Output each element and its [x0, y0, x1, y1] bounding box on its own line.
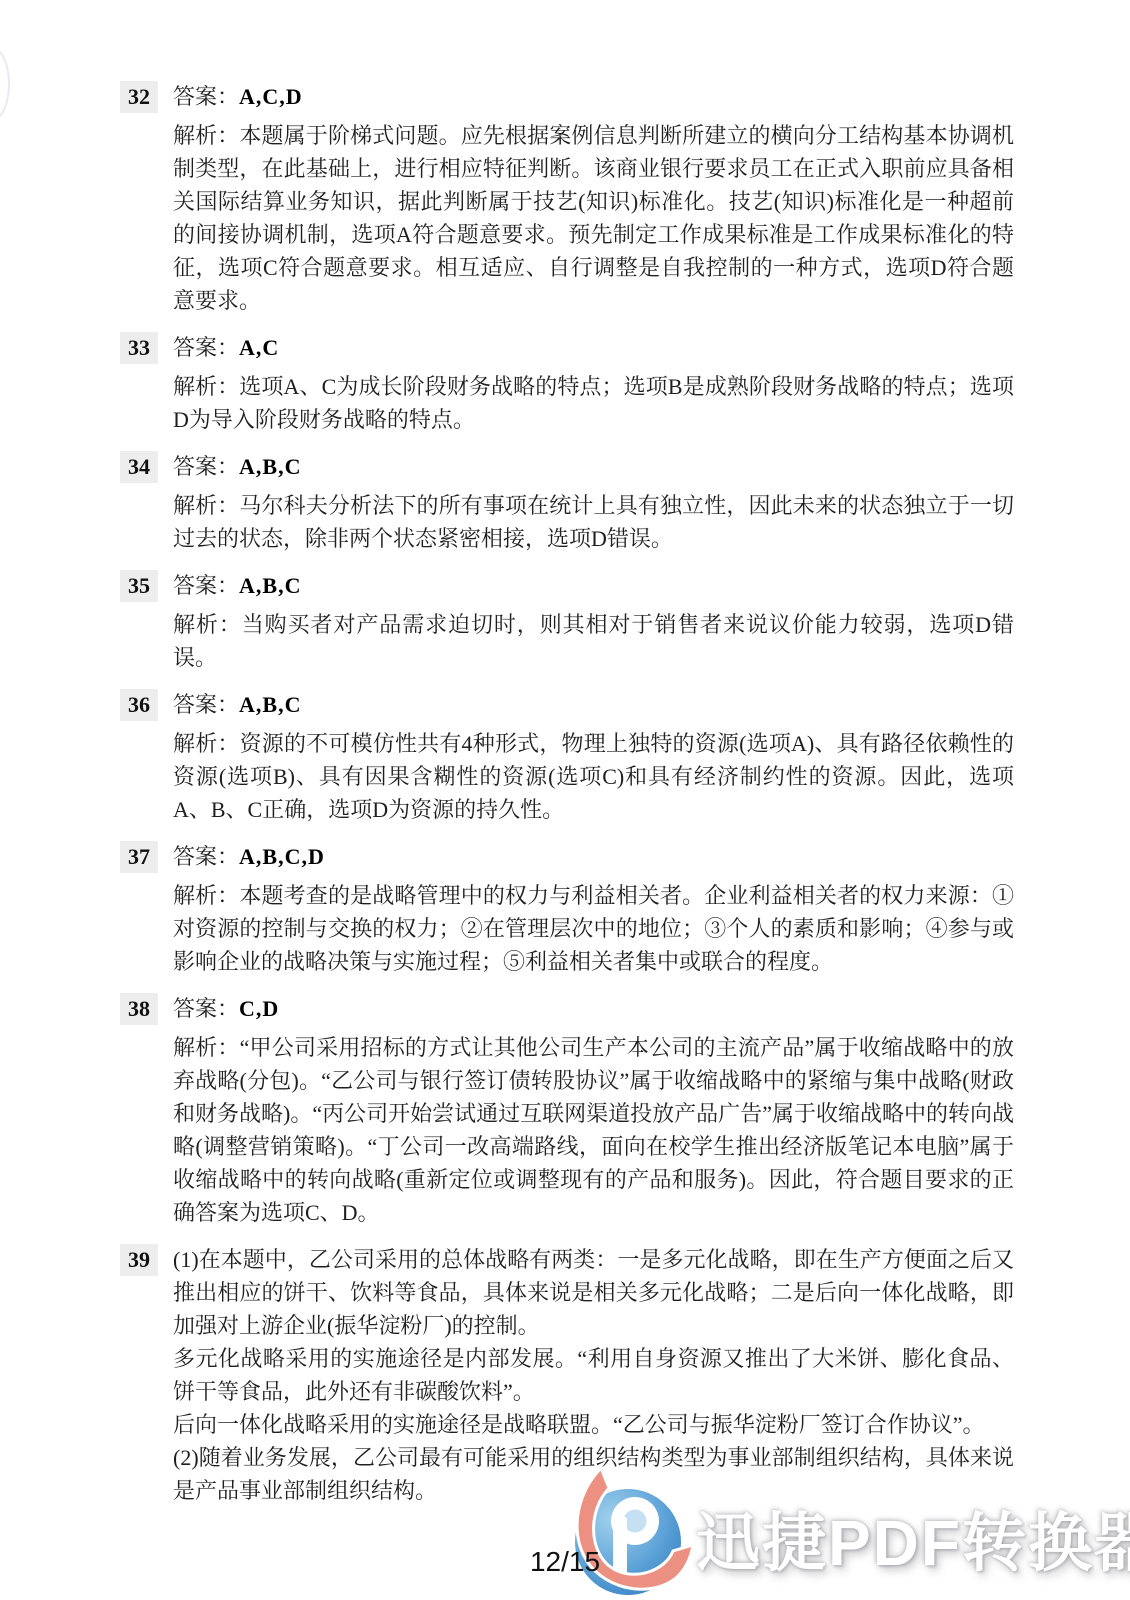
analysis-label: 解析： [173, 493, 239, 518]
analysis-label: 解析： [173, 374, 239, 399]
answer-value: C,D [239, 996, 279, 1021]
document-page: 32 答案：A,C,D 解析：本题属于阶梯式问题。应先根据案例信息判断所建立的横… [0, 0, 1130, 1600]
question-number: 32 [120, 81, 158, 113]
answer-paragraph: (1)在本题中，乙公司采用的总体战略有两类：一是多元化战略，即在生产方便面之后又… [173, 1243, 1014, 1342]
analysis-label: 解析： [173, 883, 239, 908]
analysis-label: 解析： [173, 612, 242, 637]
answer-value: A,B,C [239, 573, 301, 598]
question-number: 33 [120, 332, 158, 364]
question-body: 答案：C,D 解析：“甲公司采用招标的方式让其他公司生产本公司的主流产品”属于收… [173, 992, 1014, 1229]
question-block: 35 答案：A,B,C 解析：当购买者对产品需求迫切时，则其相对于销售者来说议价… [120, 569, 1014, 674]
answer-label: 答案： [173, 573, 239, 598]
analysis-text: 当购买者对产品需求迫切时，则其相对于销售者来说议价能力较弱，选项D错误。 [173, 612, 1014, 670]
answer-label: 答案： [173, 84, 239, 109]
answer-paragraph: 多元化战略采用的实施途径是内部发展。“利用自身资源又推出了大米饼、膨化食品、饼干… [173, 1342, 1014, 1408]
analysis-paragraph: 解析：资源的不可模仿性共有4种形式，物理上独特的资源(选项A)、具有路径依赖性的… [173, 727, 1014, 826]
analysis-paragraph: 解析：马尔科夫分析法下的所有事项在统计上具有独立性，因此未来的状态独立于一切过去… [173, 489, 1014, 555]
analysis-paragraph: 解析：“甲公司采用招标的方式让其他公司生产本公司的主流产品”属于收缩战略中的放弃… [173, 1031, 1014, 1229]
question-block: 38 答案：C,D 解析：“甲公司采用招标的方式让其他公司生产本公司的主流产品”… [120, 992, 1014, 1229]
answer-line: 答案：A,B,C [173, 450, 1014, 483]
answer-label: 答案： [173, 996, 239, 1021]
analysis-label: 解析： [173, 731, 240, 756]
question-block: 32 答案：A,C,D 解析：本题属于阶梯式问题。应先根据案例信息判断所建立的横… [120, 80, 1014, 317]
answer-paragraph: 后向一体化战略采用的实施途径是战略联盟。“乙公司与振华淀粉厂签订合作协议”。 [173, 1408, 1014, 1441]
question-number: 37 [120, 841, 158, 873]
answer-value: A,B,C [239, 692, 301, 717]
analysis-label: 解析： [173, 123, 239, 148]
analysis-text: 选项A、C为成长阶段财务战略的特点；选项B是成熟阶段财务战略的特点；选项D为导入… [173, 374, 1014, 432]
answer-line: 答案：A,B,C,D [173, 840, 1014, 873]
answer-line: 答案：A,C [173, 331, 1014, 364]
answers-content: 32 答案：A,C,D 解析：本题属于阶梯式问题。应先根据案例信息判断所建立的横… [0, 0, 1130, 1507]
question-number: 39 [120, 1244, 158, 1276]
question-number: 38 [120, 993, 158, 1025]
question-body: 答案：A,B,C 解析：资源的不可模仿性共有4种形式，物理上独特的资源(选项A)… [173, 688, 1014, 826]
answer-line: 答案：A,B,C [173, 569, 1014, 602]
question-body: 答案：A,B,C,D 解析：本题考查的是战略管理中的权力与利益相关者。企业利益相… [173, 840, 1014, 978]
answer-line: 答案：A,C,D [173, 80, 1014, 113]
question-number: 34 [120, 451, 158, 483]
answer-line: 答案：C,D [173, 992, 1014, 1025]
answer-label: 答案： [173, 335, 239, 360]
answer-value: A,C,D [239, 84, 303, 109]
answer-label: 答案： [173, 692, 239, 717]
answer-label: 答案： [173, 454, 239, 479]
question-body: 答案：A,C,D 解析：本题属于阶梯式问题。应先根据案例信息判断所建立的横向分工… [173, 80, 1014, 317]
analysis-paragraph: 解析：选项A、C为成长阶段财务战略的特点；选项B是成熟阶段财务战略的特点；选项D… [173, 370, 1014, 436]
answer-value: A,B,C [239, 454, 301, 479]
analysis-label: 解析： [173, 1035, 240, 1060]
answer-value: A,B,C,D [239, 844, 325, 869]
analysis-text: 资源的不可模仿性共有4种形式，物理上独特的资源(选项A)、具有路径依赖性的资源(… [173, 731, 1014, 822]
question-number: 35 [120, 570, 158, 602]
answer-line: 答案：A,B,C [173, 688, 1014, 721]
analysis-text: 马尔科夫分析法下的所有事项在统计上具有独立性，因此未来的状态独立于一切过去的状态… [173, 493, 1014, 551]
answer-label: 答案： [173, 844, 239, 869]
answer-value: A,C [239, 335, 279, 360]
page-number: 12/15 [0, 1546, 1130, 1578]
question-body: 答案：A,B,C 解析：马尔科夫分析法下的所有事项在统计上具有独立性，因此未来的… [173, 450, 1014, 555]
analysis-paragraph: 解析：本题考查的是战略管理中的权力与利益相关者。企业利益相关者的权力来源：①对资… [173, 879, 1014, 978]
question-block: 36 答案：A,B,C 解析：资源的不可模仿性共有4种形式，物理上独特的资源(选… [120, 688, 1014, 826]
question-number: 36 [120, 689, 158, 721]
question-body: 答案：A,B,C 解析：当购买者对产品需求迫切时，则其相对于销售者来说议价能力较… [173, 569, 1014, 674]
question-block: 33 答案：A,C 解析：选项A、C为成长阶段财务战略的特点；选项B是成熟阶段财… [120, 331, 1014, 436]
analysis-text: “甲公司采用招标的方式让其他公司生产本公司的主流产品”属于收缩战略中的放弃战略(… [173, 1035, 1014, 1225]
question-body: 答案：A,C 解析：选项A、C为成长阶段财务战略的特点；选项B是成熟阶段财务战略… [173, 331, 1014, 436]
question-block: 37 答案：A,B,C,D 解析：本题考查的是战略管理中的权力与利益相关者。企业… [120, 840, 1014, 978]
analysis-text: 本题属于阶梯式问题。应先根据案例信息判断所建立的横向分工结构基本协调机制类型，在… [173, 123, 1014, 313]
analysis-text: 本题考查的是战略管理中的权力与利益相关者。企业利益相关者的权力来源：①对资源的控… [173, 883, 1014, 974]
question-block: 34 答案：A,B,C 解析：马尔科夫分析法下的所有事项在统计上具有独立性，因此… [120, 450, 1014, 555]
analysis-paragraph: 解析：当购买者对产品需求迫切时，则其相对于销售者来说议价能力较弱，选项D错误。 [173, 608, 1014, 674]
analysis-paragraph: 解析：本题属于阶梯式问题。应先根据案例信息判断所建立的横向分工结构基本协调机制类… [173, 119, 1014, 317]
